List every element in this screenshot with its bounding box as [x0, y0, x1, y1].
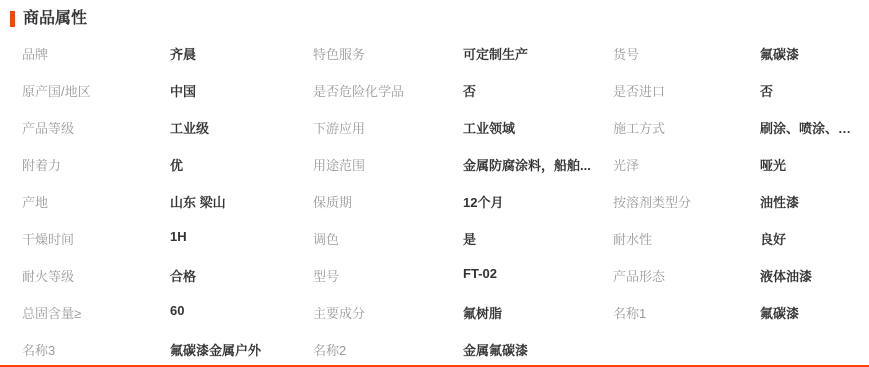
attribute-value: 氟碳漆金属户外 [170, 336, 313, 359]
attribute-row: 干燥时间1H调色是耐水性良好 [0, 225, 869, 262]
attribute-value: 良好 [760, 225, 869, 248]
attribute-value: 氟树脂 [463, 299, 613, 322]
attribute-value: 是 [463, 225, 613, 248]
attribute-row: 耐火等级合格型号FT-02产品形态液体油漆 [0, 262, 869, 299]
attribute-row: 品牌齐晨特色服务可定制生产货号氟碳漆 [0, 40, 869, 77]
section-accent-bar [10, 11, 15, 27]
attribute-label: 保质期 [313, 188, 463, 211]
attributes-table: 品牌齐晨特色服务可定制生产货号氟碳漆原产国/地区中国是否危险化学品否是否进口否产… [0, 40, 869, 367]
attribute-value [760, 336, 869, 340]
attribute-label: 用途范围 [313, 151, 463, 174]
attribute-label: 总固含量≥ [22, 299, 170, 322]
attribute-value: 齐晨 [170, 40, 313, 63]
attribute-value: 刷涂、喷涂、辊涂 [760, 114, 869, 137]
attribute-label: 是否进口 [613, 77, 760, 100]
attribute-label: 是否危险化学品 [313, 77, 463, 100]
attribute-value: 工业领域 [463, 114, 613, 137]
attribute-value: 氟碳漆 [760, 299, 869, 322]
attribute-label: 产地 [22, 188, 170, 211]
attribute-value: 哑光 [760, 151, 869, 174]
attribute-label: 调色 [313, 225, 463, 248]
attribute-value: 12个月 [463, 188, 613, 211]
attribute-value: 油性漆 [760, 188, 869, 211]
attribute-label: 光泽 [613, 151, 760, 174]
attribute-label: 原产国/地区 [22, 77, 170, 100]
attribute-label: 特色服务 [313, 40, 463, 63]
section-header: 商品属性 [0, 0, 869, 30]
attribute-row: 附着力优用途范围金属防腐涂料，船舶...光泽哑光 [0, 151, 869, 188]
attribute-label: 型号 [313, 262, 463, 285]
attribute-value: 中国 [170, 77, 313, 100]
section-title: 商品属性 [23, 10, 87, 28]
attribute-value: 金属氟碳漆 [463, 336, 613, 359]
attribute-row: 产品等级工业级下游应用工业领域施工方式刷涂、喷涂、辊涂 [0, 114, 869, 151]
attribute-label: 名称1 [613, 299, 760, 322]
attribute-row: 名称3氟碳漆金属户外名称2金属氟碳漆 [0, 336, 869, 367]
attribute-value: 氟碳漆 [760, 40, 869, 63]
attribute-label: 品牌 [22, 40, 170, 63]
attribute-label: 耐水性 [613, 225, 760, 248]
attribute-value: 否 [463, 77, 613, 100]
attribute-label: 按溶剂类型分 [613, 188, 760, 211]
attribute-label: 名称3 [22, 336, 170, 359]
attribute-value: FT-02 [463, 262, 613, 281]
attribute-label: 耐火等级 [22, 262, 170, 285]
attribute-label: 下游应用 [313, 114, 463, 137]
attribute-value: 60 [170, 299, 313, 318]
product-attributes-section: 商品属性 品牌齐晨特色服务可定制生产货号氟碳漆原产国/地区中国是否危险化学品否是… [0, 0, 869, 367]
attribute-value: 液体油漆 [760, 262, 869, 285]
attribute-value: 否 [760, 77, 869, 100]
attribute-row: 原产国/地区中国是否危险化学品否是否进口否 [0, 77, 869, 114]
attribute-row: 总固含量≥60主要成分氟树脂名称1氟碳漆 [0, 299, 869, 336]
attribute-value: 工业级 [170, 114, 313, 137]
attribute-label: 主要成分 [313, 299, 463, 322]
attribute-label: 产品等级 [22, 114, 170, 137]
attribute-label: 产品形态 [613, 262, 760, 285]
attribute-label [613, 336, 760, 340]
attribute-row: 产地山东 梁山保质期12个月按溶剂类型分油性漆 [0, 188, 869, 225]
attribute-label: 名称2 [313, 336, 463, 359]
attribute-value: 合格 [170, 262, 313, 285]
attribute-label: 干燥时间 [22, 225, 170, 248]
attribute-value: 金属防腐涂料，船舶... [463, 151, 613, 174]
attribute-value: 优 [170, 151, 313, 174]
attribute-label: 附着力 [22, 151, 170, 174]
attribute-label: 施工方式 [613, 114, 760, 137]
attribute-value: 山东 梁山 [170, 188, 313, 211]
attribute-label: 货号 [613, 40, 760, 63]
attribute-value: 1H [170, 225, 313, 244]
attribute-value: 可定制生产 [463, 40, 613, 63]
